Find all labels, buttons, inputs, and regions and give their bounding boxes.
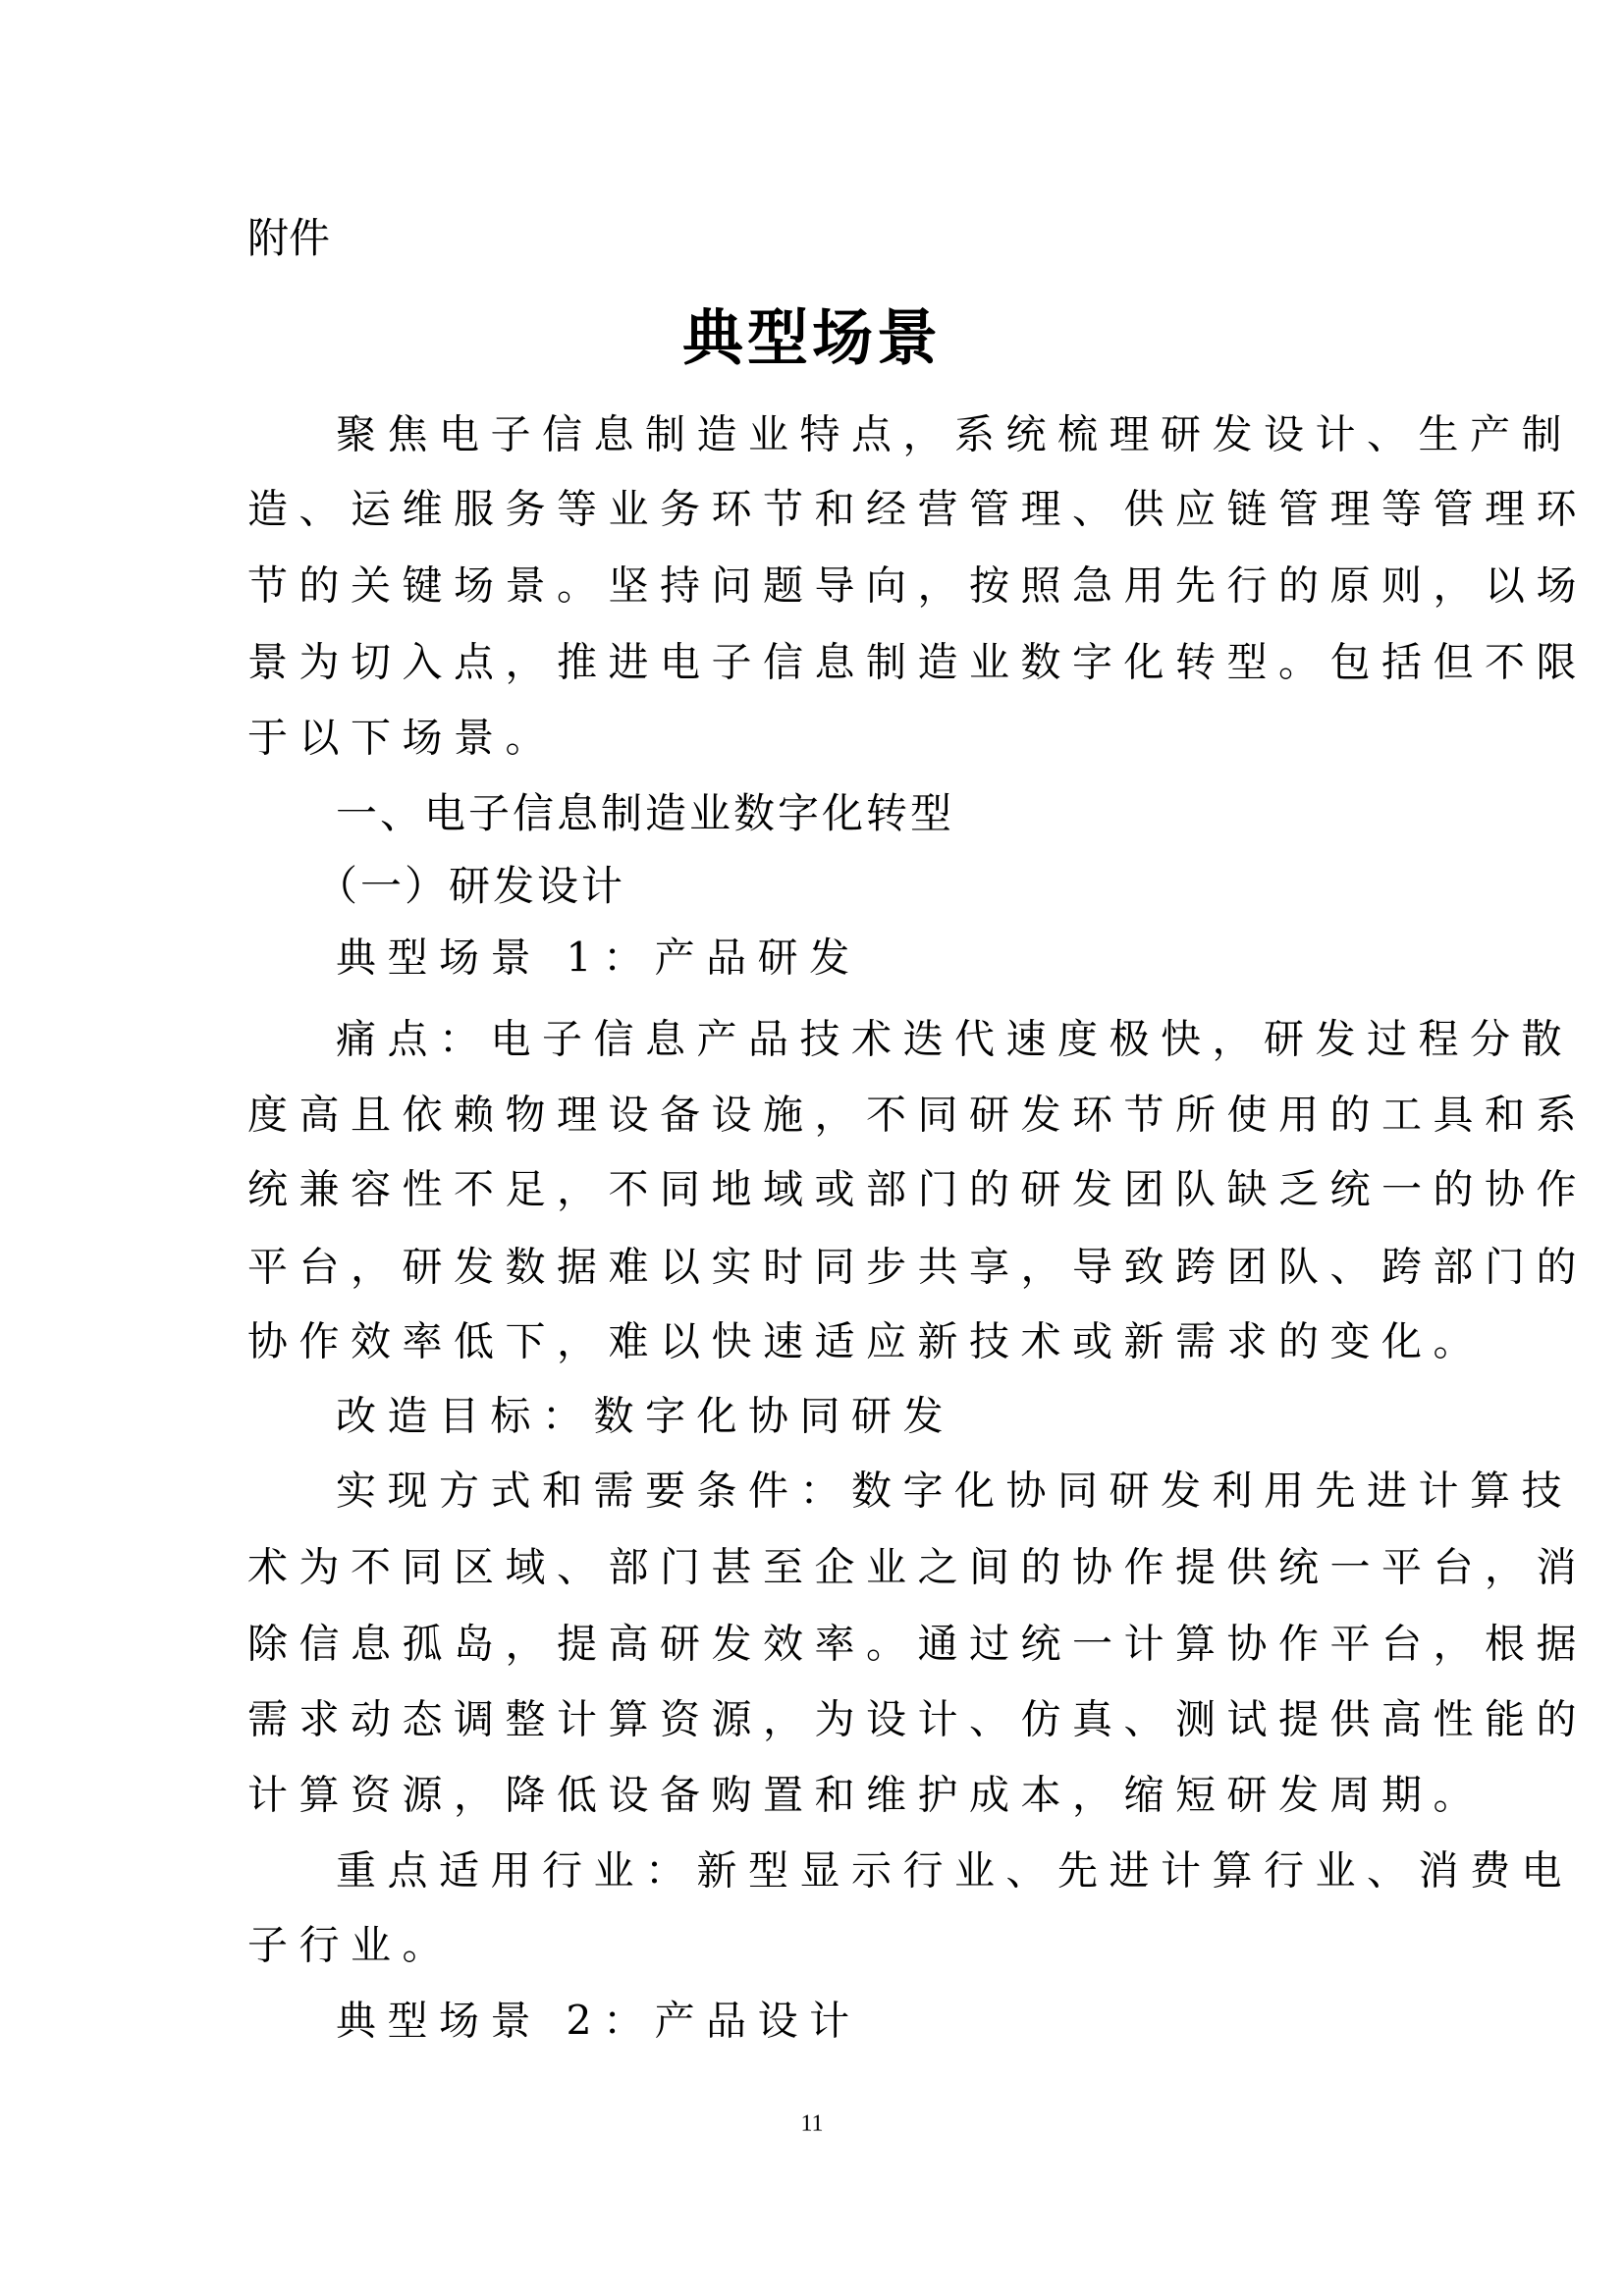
scenario-title: 典型场景 2：产品设计	[336, 2002, 1455, 2042]
pain-points-line: 统兼容性不足，不同地域或部门的研发团队缺乏统一的协作	[247, 1170, 1367, 1210]
scenario-title: 典型场景 1：产品研发	[336, 938, 1455, 979]
subsection-heading: （一）研发设计	[316, 866, 1435, 907]
implementation-line: 除信息孤岛，提高研发效率。通过统一计算协作平台，根据	[247, 1625, 1367, 1665]
implementation-line: 需求动态调整计算资源，为设计、仿真、测试提供高性能的	[247, 1700, 1367, 1740]
intro-line: 节的关键场景。坚持问题导向，按照急用先行的原则，以场	[247, 566, 1367, 607]
pain-points-line: 度高且依赖物理设备设施，不同研发环节所使用的工具和系	[247, 1095, 1367, 1136]
section-heading: 一、电子信息制造业数字化转型	[336, 793, 1455, 834]
pain-points-line: 平台，研发数据难以实时同步共享，导致跨团队、跨部门的	[247, 1248, 1367, 1288]
page-title: 典型场景	[0, 290, 1624, 377]
pain-points-line: 协作效率低下，难以快速适应新技术或新需求的变化。	[247, 1322, 1367, 1362]
page-number: 11	[0, 2111, 1624, 2138]
intro-line: 造、运维服务等业务环节和经营管理、供应链管理等管理环	[247, 490, 1367, 530]
goal-line: 改造目标：数字化协同研发	[336, 1397, 1455, 1437]
implementation-line: 计算资源，降低设备购置和维护成本，缩短研发周期。	[247, 1776, 1367, 1816]
pain-points-line: 痛点：电子信息产品技术迭代速度极快，研发过程分散	[336, 1020, 1455, 1060]
document-page: 附件 典型场景 聚焦电子信息制造业特点，系统梳理研发设计、生产制 造、运维服务等…	[0, 0, 1624, 2296]
intro-line: 于以下场景。	[247, 719, 1367, 759]
intro-line: 聚焦电子信息制造业特点，系统梳理研发设计、生产制	[336, 415, 1455, 455]
industries-line: 重点适用行业：新型显示行业、先进计算行业、消费电	[336, 1851, 1455, 1892]
industries-line: 子行业。	[247, 1926, 1367, 1966]
implementation-line: 术为不同区域、部门甚至企业之间的协作提供统一平台，消	[247, 1548, 1367, 1588]
attachment-label: 附件	[247, 218, 1367, 259]
intro-line: 景为切入点，推进电子信息制造业数字化转型。包括但不限	[247, 643, 1367, 683]
implementation-line: 实现方式和需要条件：数字化协同研发利用先进计算技	[336, 1471, 1455, 1512]
